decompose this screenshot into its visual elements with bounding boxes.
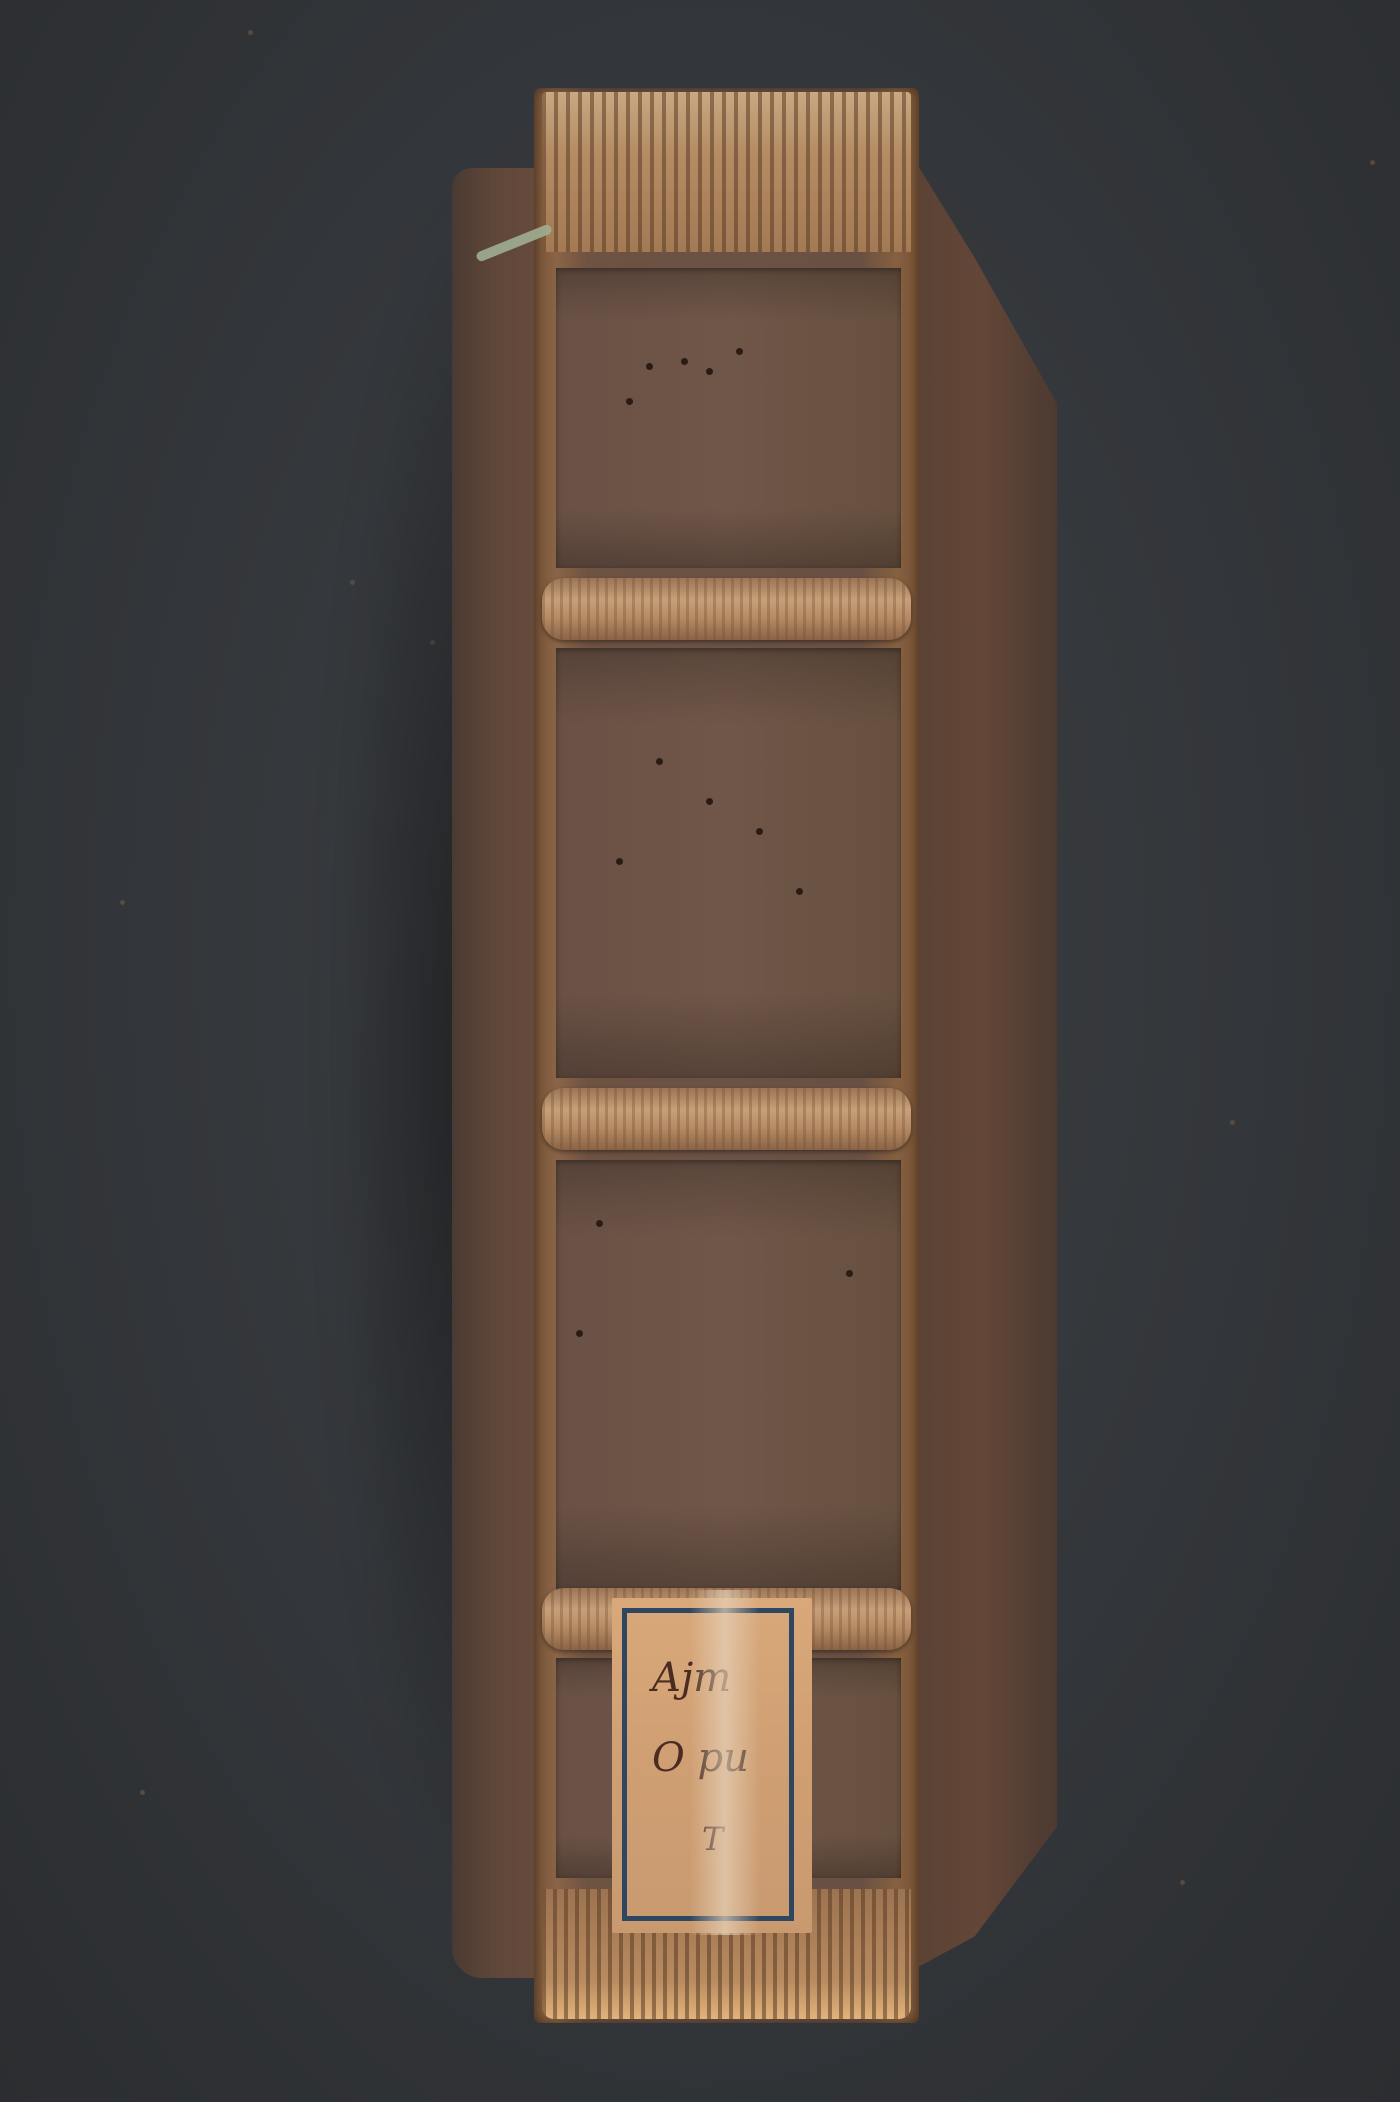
dust-speck (248, 30, 253, 35)
spine-panel (556, 268, 901, 568)
spine-panel (556, 648, 901, 1078)
dust-speck (1370, 160, 1375, 165)
spine-panel (556, 1160, 901, 1590)
label-tear (690, 1590, 760, 1935)
dust-speck (1230, 1120, 1235, 1125)
dust-speck (140, 1790, 145, 1795)
top-headband (542, 92, 911, 252)
raised-band (542, 578, 911, 640)
back-board-edge (907, 148, 1057, 1973)
dust-speck (1180, 1880, 1185, 1885)
dust-speck (120, 900, 125, 905)
raised-band (542, 1088, 911, 1150)
